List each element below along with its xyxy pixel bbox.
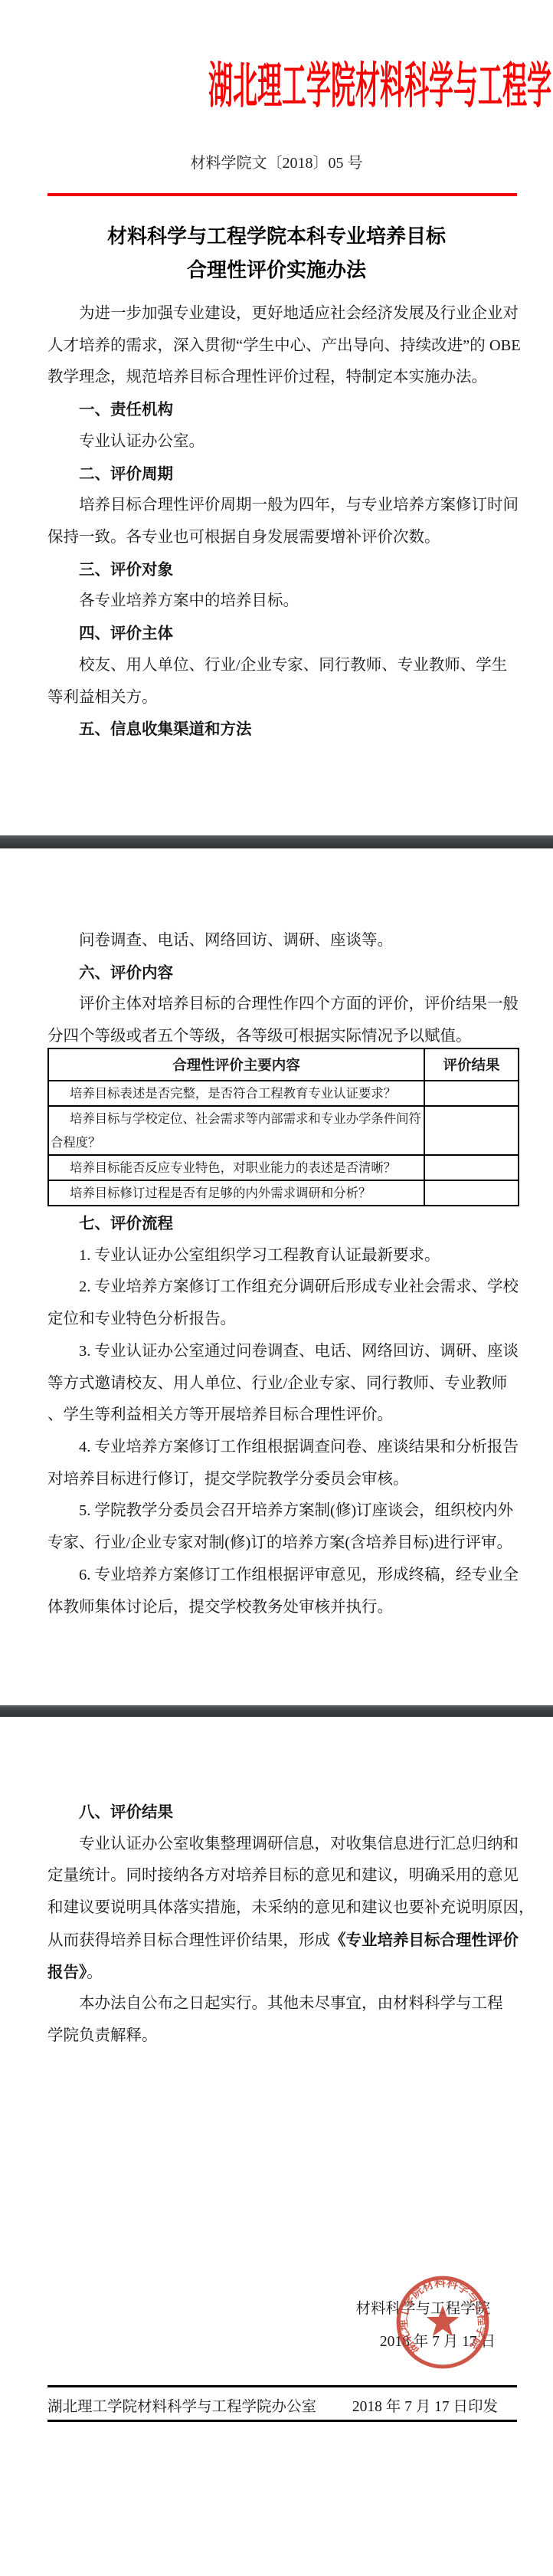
document-title: 材料科学与工程学院本科专业培养目标 合理性评价实施办法 [0, 219, 553, 287]
text-line: 为进一步加强专业建设，更好地适应社会经济发展及行业企业对 [47, 298, 519, 330]
text-line: 培养目标合理性评价周期一般为四年，与专业培养方案修订时间 [47, 490, 519, 522]
header-cell-main-content: 合理性评价主要内容 [48, 1048, 424, 1081]
text-segment: 专家、行业/企业专家对制(修)订的培养方案(含培养目标)进行评审。 [47, 1534, 512, 1551]
text-segment: 五、信息收集渠道和方法 [79, 720, 252, 738]
text-line: 从而获得培养目标合理性评价结果，形成《专业培养目标合理性评价 [47, 1925, 519, 1957]
text-line: 评价主体对培养目标的合理性作四个方面的评价，评价结果一般 [47, 989, 519, 1021]
text-segment: 对培养目标进行修订，提交学院教学分委员会审核。 [47, 1471, 409, 1488]
section-heading: 二、评价周期 [47, 458, 519, 491]
header-cell-result: 评价结果 [424, 1048, 519, 1081]
table-row: 培养目标与学校定位、社会需求等内部需求和专业办学条件间符合程度？ [48, 1106, 519, 1155]
document-title-line-2: 合理性评价实施办法 [0, 253, 553, 287]
result-cell [424, 1155, 519, 1180]
text-line: 2. 专业培养方案修订工作组充分调研后形成专业社会需求、学校 [47, 1272, 519, 1304]
body-text-block: 问卷调查、电话、网络回访、调研、座谈等。六、评价内容评价主体对培养目标的合理性作… [47, 925, 519, 1053]
text-segment: 报告》 [47, 1964, 87, 1981]
text-segment: 问卷调查、电话、网络回访、调研、座谈等。 [79, 932, 393, 949]
text-line: 专业认证办公室收集整理调研信息，对收集信息进行汇总归纳和 [47, 1829, 519, 1861]
section-heading: 六、评价内容 [47, 957, 519, 989]
document-page-2: 问卷调查、电话、网络回访、调研、座谈等。六、评价内容评价主体对培养目标的合理性作… [0, 848, 553, 1705]
text-segment: 学院负责解释。 [47, 2027, 158, 2044]
footer-row: 湖北理工学院材料科学与工程学院办公室 2018 年 7 月 17 日印发 [47, 2390, 518, 2420]
text-line: 3. 专业认证办公室通过问卷调查、电话、网络回访、调研、座谈 [47, 1336, 519, 1368]
text-segment: 一、责任机构 [79, 401, 173, 418]
section-heading: 五、信息收集渠道和方法 [47, 714, 519, 746]
text-segment: 和建议要说明具体落实措施，未采纳的意见和建议也要补充说明原因， [47, 1899, 535, 1916]
document-banner: 湖北理工学院材料科学与工程学院文件 [0, 58, 553, 113]
text-segment: 二、评价周期 [79, 465, 173, 483]
text-segment: 三、评价对象 [79, 561, 173, 579]
text-segment: 八、评价结果 [79, 1803, 173, 1821]
text-segment: 从而获得培养目标合理性评价结果，形成 [47, 1932, 330, 1949]
result-cell [424, 1106, 519, 1155]
text-segment: 2. 专业培养方案修订工作组充分调研后形成专业社会需求、学校 [79, 1278, 519, 1295]
text-segment: 6. 专业培养方案修订工作组根据评审意见，形成终稿，经专业全 [79, 1567, 519, 1583]
text-line: 保持一致。各专业也可根据自身发展需要增补评价次数。 [47, 522, 519, 554]
text-segment: 本办法自公布之日起实行。其他未尽事宜，由材料科学与工程 [79, 1995, 503, 2012]
text-line: 学院负责解释。 [47, 2020, 519, 2053]
section-heading: 三、评价对象 [47, 554, 519, 586]
text-line: 专业认证办公室。 [47, 426, 519, 458]
document-title-line-1: 材料科学与工程学院本科专业培养目标 [0, 219, 553, 253]
section-heading: 一、责任机构 [47, 394, 519, 426]
text-line: 对培养目标进行修订，提交学院教学分委员会审核。 [47, 1464, 519, 1496]
section-heading: 七、评价流程 [47, 1208, 519, 1240]
page-separator [0, 1705, 553, 1717]
text-segment: 人才培养的需求，深入贯彻“学生中心、产出导向、持续改进”的 OBE [47, 337, 521, 354]
text-line: 4. 专业培养方案修订工作组根据调查问卷、座谈结果和分析报告 [47, 1432, 519, 1464]
text-line: 本办法自公布之日起实行。其他未尽事宜，由材料科学与工程 [47, 1988, 519, 2020]
text-segment: 六、评价内容 [79, 964, 173, 982]
text-segment: 4. 专业培养方案修订工作组根据调查问卷、座谈结果和分析报告 [79, 1439, 519, 1455]
page-separator [0, 835, 553, 848]
text-line: 专家、行业/企业专家对制(修)订的培养方案(含培养目标)进行评审。 [47, 1528, 519, 1560]
footer-print-date: 2018 年 7 月 17 日印发 [352, 2394, 498, 2416]
text-line: 人才培养的需求，深入贯彻“学生中心、产出导向、持续改进”的 OBE [47, 330, 519, 363]
result-cell [424, 1081, 519, 1106]
table-row: 培养目标修订过程是否有足够的内外需求调研和分析？ [48, 1180, 519, 1206]
text-segment: 《专业培养目标合理性评价 [330, 1931, 519, 1949]
red-divider-rule [47, 193, 517, 196]
table-row: 培养目标能否反应专业特色，对职业能力的表述是否清晰？ [48, 1155, 519, 1180]
footer-issuing-office: 湖北理工学院材料科学与工程学院办公室 [47, 2394, 316, 2416]
text-line: 1. 专业认证办公室组织学习工程教育认证最新要求。 [47, 1240, 519, 1272]
text-line: 等方式邀请校友、用人单位、行业/企业专家、同行教师、专业教师 [47, 1368, 519, 1400]
text-segment: 等方式邀请校友、用人单位、行业/企业专家、同行教师、专业教师 [47, 1375, 507, 1392]
document-number: 材料学院文〔2018〕05 号 [0, 153, 553, 174]
footer-bottom-rule [47, 2420, 517, 2422]
criteria-cell: 培养目标与学校定位、社会需求等内部需求和专业办学条件间符合程度？ [48, 1106, 424, 1155]
result-cell [424, 1180, 519, 1206]
document-viewer: 湖北理工学院材料科学与工程学院文件 材料学院文〔2018〕05 号 材料科学与工… [0, 0, 553, 2576]
text-segment: 3. 专业认证办公室通过问卷调查、电话、网络回访、调研、座谈 [79, 1343, 519, 1360]
text-segment: 各专业培养方案中的培养目标。 [79, 592, 299, 609]
text-line: 定位和专业特色分析报告。 [47, 1304, 519, 1336]
text-line: 教学理念，规范培养目标合理性评价过程，特制定本实施办法。 [47, 362, 519, 394]
document-page-3: 八、评价结果专业认证办公室收集整理调研信息，对收集信息进行汇总归纳和定量统计。同… [0, 1717, 553, 2576]
text-segment: 、学生等利益相关方等开展培养目标合理性评价。 [47, 1406, 393, 1423]
text-segment: 校友、用人单位、行业/企业专家、同行教师、专业教师、学生 [79, 657, 507, 674]
text-line: 报告》。 [47, 1957, 519, 1989]
text-line: 问卷调查、电话、网络回访、调研、座谈等。 [47, 925, 519, 957]
text-line: 6. 专业培养方案修订工作组根据评审意见，形成终稿，经专业全 [47, 1560, 519, 1592]
body-text-block: 八、评价结果专业认证办公室收集整理调研信息，对收集信息进行汇总归纳和定量统计。同… [47, 1797, 519, 2053]
text-segment: 。 [87, 1964, 103, 1981]
seal-star-icon [427, 2305, 459, 2336]
text-segment: 保持一致。各专业也可根据自身发展需要增补评价次数。 [47, 529, 440, 546]
text-segment: 专业认证办公室。 [79, 433, 205, 450]
text-segment: 定量统计。同时接纳各方对培养目标的意见和建议，明确采用的意见 [47, 1867, 519, 1884]
text-line: 校友、用人单位、行业/企业专家、同行教师、专业教师、学生 [47, 650, 519, 682]
text-line: 体教师集体讨论后，提交学校教务处审核并执行。 [47, 1592, 519, 1624]
table-header-row: 合理性评价主要内容 评价结果 [48, 1048, 519, 1081]
text-line: 定量统计。同时接纳各方对培养目标的意见和建议，明确采用的意见 [47, 1860, 519, 1892]
text-segment: 1. 专业认证办公室组织学习工程教育认证最新要求。 [79, 1247, 440, 1264]
body-text-block: 七、评价流程1. 专业认证办公室组织学习工程教育认证最新要求。2. 专业培养方案… [47, 1208, 519, 1623]
banner-title: 湖北理工学院材料科学与工程学院文件 [208, 58, 553, 113]
text-segment: 专业认证办公室收集整理调研信息，对收集信息进行汇总归纳和 [79, 1836, 519, 1852]
text-line: 5. 学院教学分委员会召开培养方案制(修)订座谈会，组织校内外 [47, 1495, 519, 1528]
text-segment: 四、评价主体 [79, 625, 173, 642]
criteria-cell: 培养目标修订过程是否有足够的内外需求调研和分析？ [48, 1180, 424, 1206]
text-segment: 分四个等级或者五个等级，各等级可根据实际情况予以赋值。 [47, 1028, 472, 1045]
text-segment: 评价主体对培养目标的合理性作四个方面的评价，评价结果一般 [79, 996, 519, 1012]
criteria-cell: 培养目标能否反应专业特色，对职业能力的表述是否清晰？ [48, 1155, 424, 1180]
text-line: 各专业培养方案中的培养目标。 [47, 586, 519, 618]
text-segment: 定位和专业特色分析报告。 [47, 1311, 236, 1327]
text-segment: 七、评价流程 [79, 1215, 173, 1232]
text-segment: 为进一步加强专业建设，更好地适应社会经济发展及行业企业对 [79, 305, 519, 322]
text-segment: 培养目标合理性评价周期一般为四年，与专业培养方案修订时间 [79, 497, 519, 514]
criteria-cell: 培养目标表述是否完整，是否符合工程教育专业认证要求？ [48, 1081, 424, 1106]
section-heading: 八、评价结果 [47, 1797, 519, 1829]
text-segment: 教学理念，规范培养目标合理性评价过程，特制定本实施办法。 [47, 369, 487, 386]
text-line: 、学生等利益相关方等开展培养目标合理性评价。 [47, 1400, 519, 1432]
text-line: 和建议要说明具体落实措施，未采纳的意见和建议也要补充说明原因， [47, 1892, 519, 1925]
text-segment: 等利益相关方。 [47, 689, 158, 706]
footer-top-rule [47, 2385, 517, 2387]
table-row: 培养目标表述是否完整，是否符合工程教育专业认证要求？ [48, 1081, 519, 1106]
official-seal-stamp: 湖北理工学院材料科学与工程学院 [392, 2272, 493, 2373]
section-heading: 四、评价主体 [47, 618, 519, 650]
text-segment: 体教师集体讨论后，提交学校教务处审核并执行。 [47, 1599, 393, 1616]
body-text-block: 为进一步加强专业建设，更好地适应社会经济发展及行业企业对人才培养的需求，深入贯彻… [47, 298, 519, 746]
rationality-evaluation-table: 合理性评价主要内容 评价结果 培养目标表述是否完整，是否符合工程教育专业认证要求… [47, 1048, 519, 1206]
text-line: 等利益相关方。 [47, 682, 519, 714]
text-segment: 5. 学院教学分委员会召开培养方案制(修)订座谈会，组织校内外 [79, 1502, 513, 1519]
document-page-1: 湖北理工学院材料科学与工程学院文件 材料学院文〔2018〕05 号 材料科学与工… [0, 0, 553, 835]
